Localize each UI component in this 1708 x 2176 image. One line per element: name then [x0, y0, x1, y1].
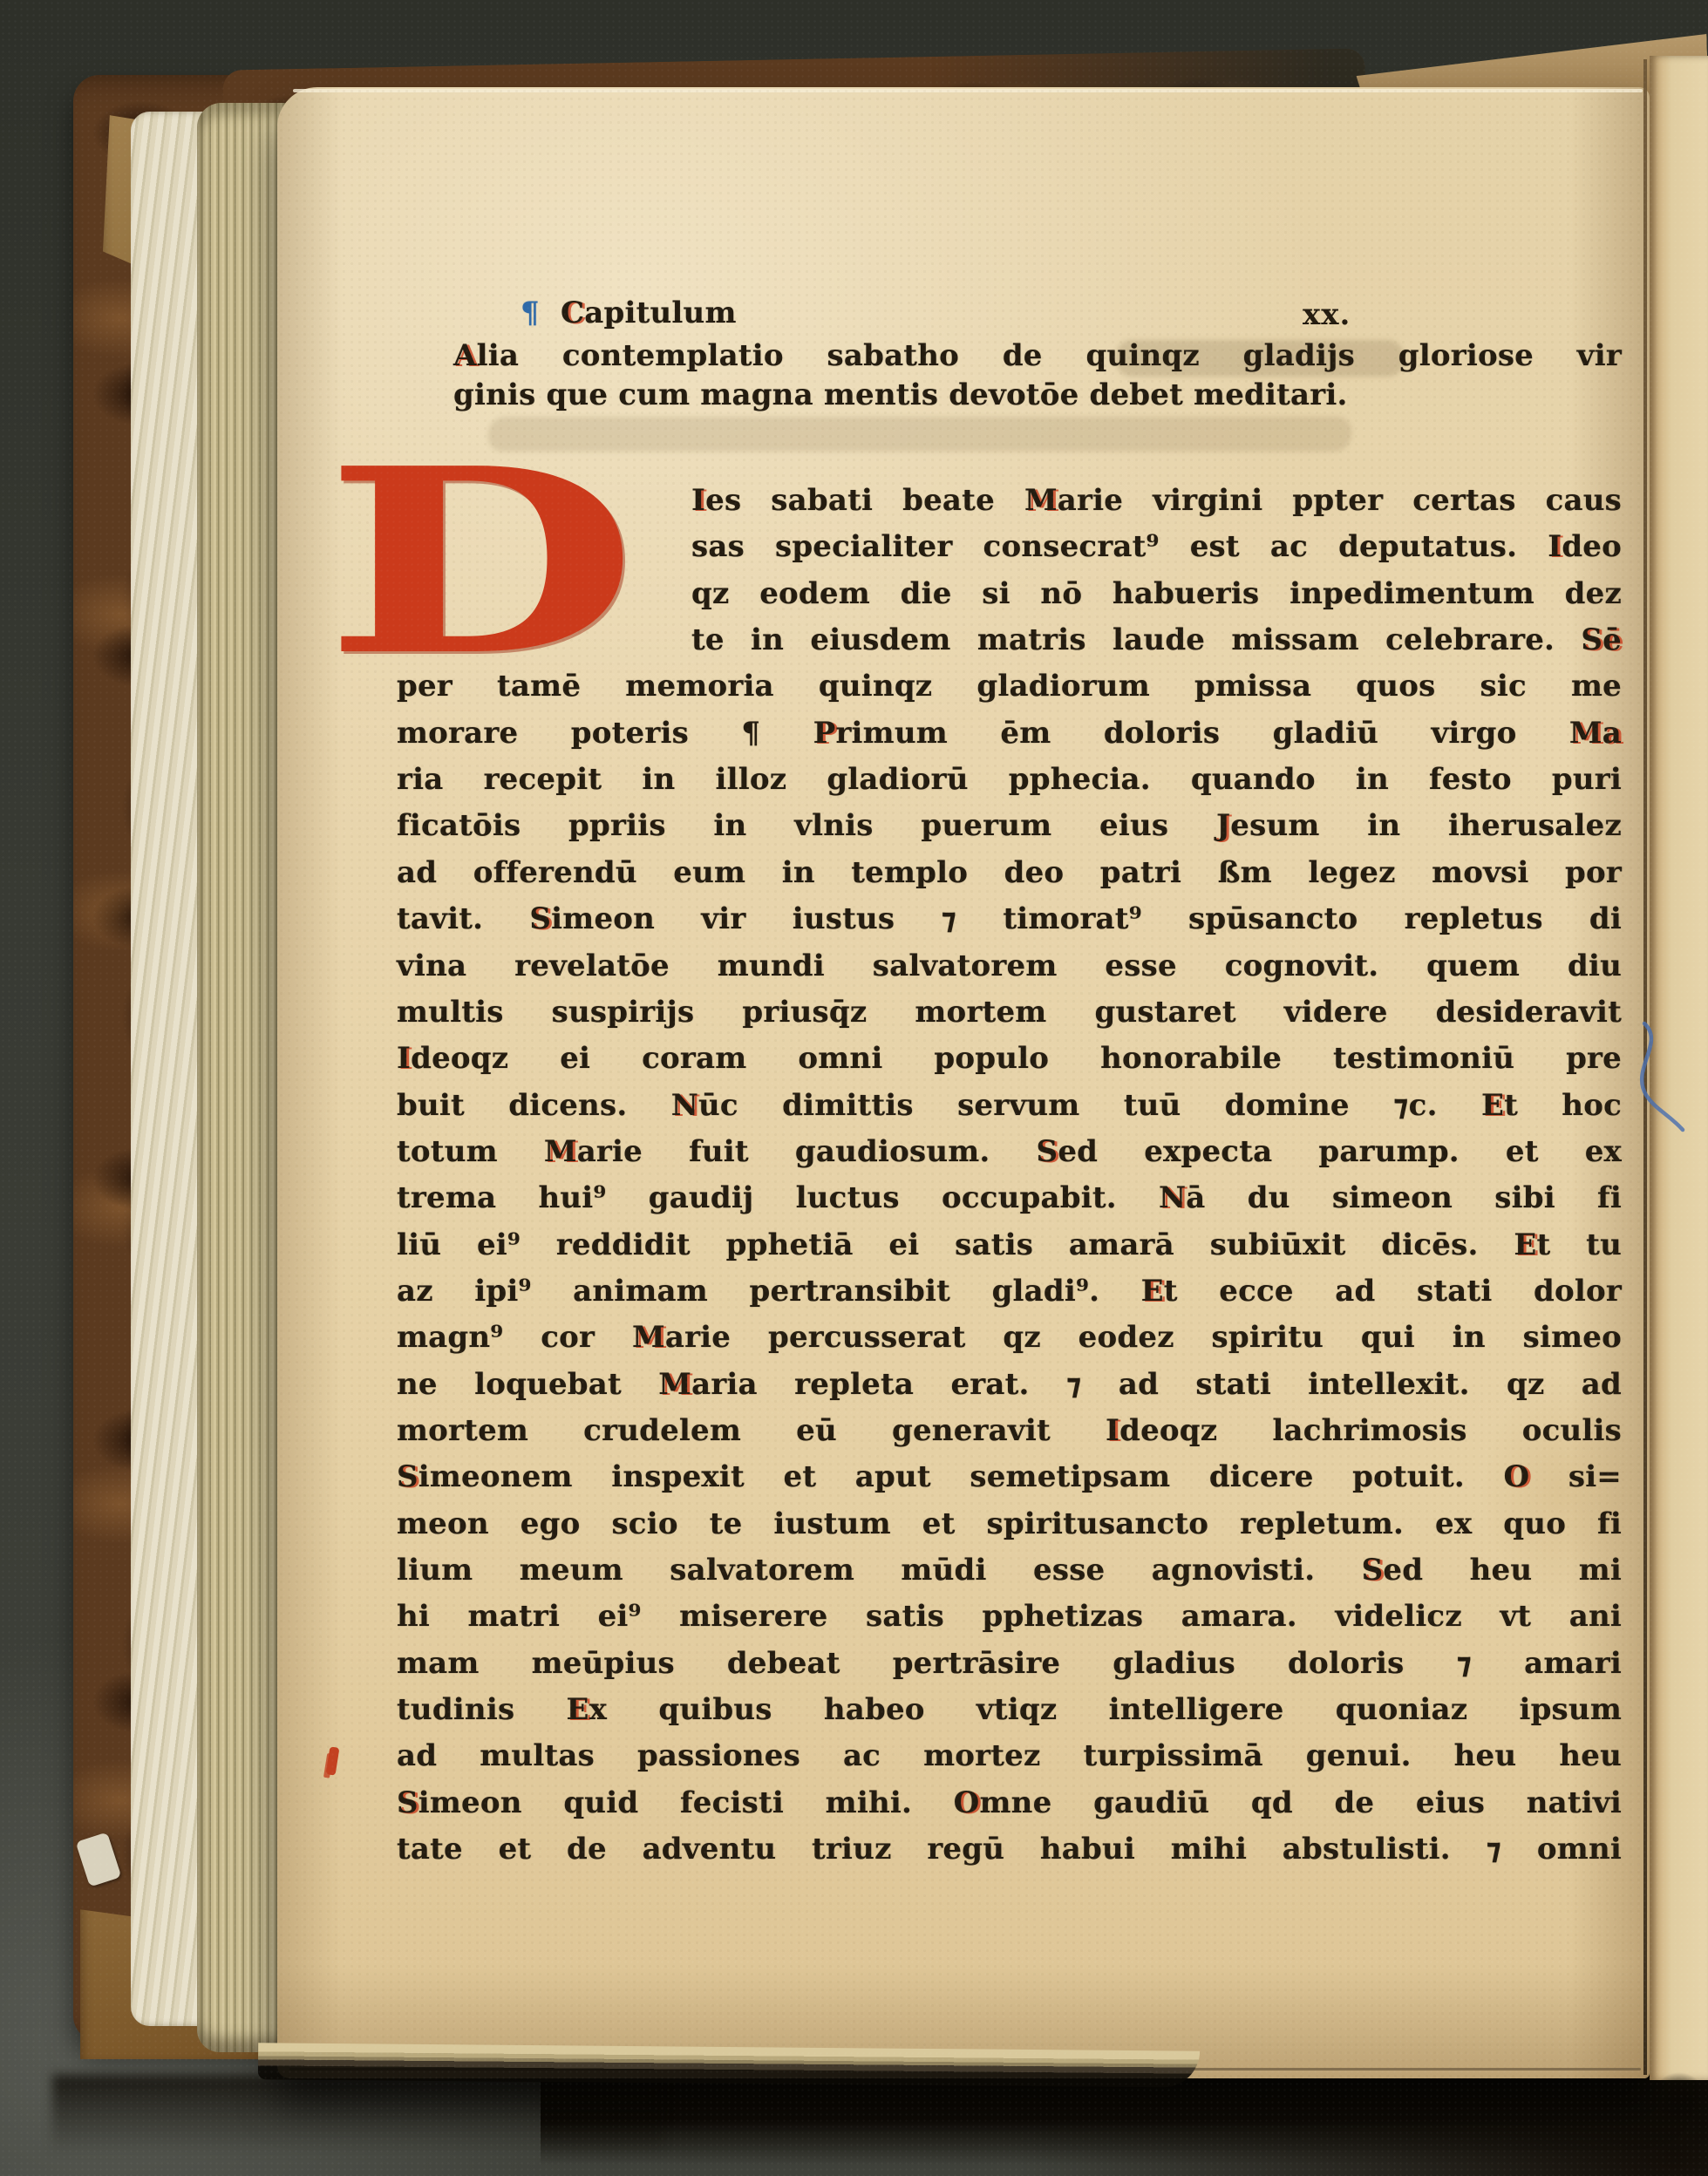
body-text-line: liū ei⁹ reddidit pphetiā ei satis amarā … — [397, 1226, 1622, 1264]
body-text-line: vina revelatōe mundi salvatorem esse cog… — [397, 947, 1622, 985]
text-segment: ginis que cum magna mentis devotōe debet… — [453, 377, 1348, 412]
rubricated-capital: M — [658, 1367, 691, 1402]
body-text-line: ne loquebat Maria repleta erat. ⁊ ad sta… — [397, 1365, 1622, 1404]
text-segment: ne loquebat — [397, 1367, 658, 1402]
rubricated-capital: C — [561, 296, 584, 330]
rubricated-capital: A — [453, 338, 477, 373]
text-segment: qz eodem die si nō habueris inpedimentum… — [691, 576, 1622, 611]
chapter-title: Capitulum — [561, 294, 840, 332]
text-segment: mne gaudiū qd de eius nativi — [980, 1785, 1623, 1820]
rubricated-capital: N — [1159, 1180, 1186, 1215]
body-text-line: ad multas passiones ac mortez turpissimā… — [397, 1737, 1622, 1775]
body-text-line: totum Marie fuit gaudiosum. Sed expecta … — [397, 1132, 1622, 1171]
body-text-line: sas specialiter consecrat⁹ est ac deputa… — [691, 527, 1622, 566]
body-text-line: Simeon quid fecisti mihi. Omne gaudiū qd… — [397, 1784, 1622, 1822]
text-segment: imeonem inspexit et aput semetipsam dice… — [418, 1459, 1504, 1494]
text-segment: tate et de adventu triuz regū habui mihi… — [397, 1832, 1622, 1867]
text-segment: ad multas passiones ac mortez turpissimā… — [397, 1738, 1622, 1773]
rubricated-capital: E — [1141, 1274, 1164, 1309]
body-text-line: Simeonem inspexit et aput semetipsam dic… — [397, 1458, 1622, 1496]
text-segment: ad offerendū eum in templo deo patri ßm … — [397, 855, 1622, 890]
body-text-line: tate et de adventu triuz regū habui mihi… — [397, 1830, 1622, 1868]
facing-page-shadow — [1611, 1991, 1708, 2122]
text-segment: rimum ēm doloris gladiū virgo — [835, 716, 1569, 751]
photo-backdrop: ¶Capitulumxx.Alia contemplatio sabatho d… — [0, 0, 1708, 2176]
rubricated-capital: I — [1548, 529, 1562, 564]
text-segment: tudinis — [397, 1692, 567, 1727]
body-text-line: magn⁹ cor Marie percusserat qz eodez spi… — [397, 1318, 1622, 1357]
text-segment: morare poteris ¶ — [397, 716, 813, 751]
body-text-line: lium meum salvatorem mūdi esse agnovisti… — [397, 1551, 1622, 1589]
text-segment: magn⁹ cor — [397, 1320, 632, 1355]
rubricated-capital: E — [1481, 1088, 1504, 1123]
rubricated-capital: J — [1216, 808, 1230, 843]
text-segment: ed expecta parump. et ex — [1058, 1134, 1622, 1169]
body-text-line: tudinis Ex quibus habeo vtiqz intelliger… — [397, 1690, 1622, 1729]
text-segment: az ipi⁹ animam pertransibit gladi⁹. — [397, 1274, 1141, 1309]
text-segment: aria repleta erat. ⁊ ad stati intellexit… — [691, 1367, 1622, 1402]
summary-line: Alia contemplatio sabatho de quinqz glad… — [453, 337, 1622, 375]
text-segment: arie virgini ppter certas caus — [1058, 483, 1622, 518]
text-segment: ficatōis ppriis in vlnis puerum eius — [397, 808, 1216, 843]
book-bottom-shadow-soft — [52, 2075, 663, 2153]
text-segment: trema hui⁹ gaudij luctus occupabit. — [397, 1180, 1159, 1215]
text-segment: buit dicens. — [397, 1088, 671, 1123]
summary-line: ginis que cum magna mentis devotōe debet… — [453, 376, 1622, 414]
body-text-line: ria recepit in illoz gladiorū pphecia. q… — [397, 760, 1622, 799]
body-text-line: trema hui⁹ gaudij luctus occupabit. Nā d… — [397, 1179, 1622, 1217]
chapter-number: xx. — [1303, 297, 1351, 332]
text-segment: esum in iherusalez — [1230, 808, 1622, 843]
body-text-line: morare poteris ¶ Primum ēm doloris gladi… — [397, 714, 1622, 752]
rubricated-capital: M — [544, 1134, 577, 1169]
text-segment: ā du simeon sibi fi — [1186, 1180, 1622, 1215]
text-segment: imeon quid fecisti mihi. — [418, 1785, 954, 1820]
blue-pen-squiggle — [1623, 1018, 1698, 1137]
text-segment: mortem crudelem eū generavit — [397, 1413, 1106, 1448]
text-segment: liū ei⁹ reddidit pphetiā ei satis amarā … — [397, 1227, 1514, 1262]
text-segment: tavit. — [397, 901, 529, 936]
text-segment: ūc dimittis servum tuū domine ⁊c. — [698, 1088, 1481, 1123]
text-segment: x quibus habeo vtiqz intelligere quoniaz… — [589, 1692, 1622, 1727]
text-segment: meon ego scio te iustum et spiritusancto… — [397, 1506, 1622, 1541]
rubricated-capital: M — [632, 1320, 665, 1355]
body-text-line: ad offerendū eum in templo deo patri ßm … — [397, 853, 1622, 892]
rubricated-capital: S — [397, 1785, 418, 1820]
rubricated-capital: I — [1106, 1413, 1119, 1448]
rubricated-capital: S — [529, 901, 551, 936]
body-text-line: mam meūpius debeat pertrāsire gladius do… — [397, 1644, 1622, 1683]
text-segment: si= — [1529, 1459, 1622, 1494]
text-segment: imeon vir iustus ⁊ timorat⁹ spūsancto re… — [551, 901, 1622, 936]
text-segment: deo — [1562, 529, 1622, 564]
rubricated-capital: Sē — [1581, 622, 1622, 657]
text-segment: t ecce ad stati dolor — [1164, 1274, 1622, 1309]
rubricated-capital: M — [1024, 483, 1058, 518]
body-text-line: te in eiusdem matris laude missam celebr… — [691, 621, 1622, 659]
body-text-line: buit dicens. Nūc dimittis servum tuū dom… — [397, 1086, 1622, 1125]
body-text-line: Ideoqz ei coram omni populo honorabile t… — [397, 1039, 1622, 1078]
text-segment: arie fuit gaudiosum. — [577, 1134, 1037, 1169]
rubricated-capital: Ma — [1569, 716, 1622, 751]
rubricated-capital: S — [1362, 1553, 1384, 1588]
rubricated-capital: E — [1514, 1227, 1536, 1262]
body-text-line: ficatōis ppriis in vlnis puerum eius Jes… — [397, 806, 1622, 845]
text-segment: sas specialiter consecrat⁹ est ac deputa… — [691, 529, 1548, 564]
text-segment: ed heu mi — [1383, 1553, 1622, 1588]
chapter-pilcrow: ¶ — [521, 294, 555, 332]
text-segment: vina revelatōe mundi salvatorem esse cog… — [397, 949, 1622, 983]
text-segment: te in eiusdem matris laude missam celebr… — [691, 622, 1581, 657]
text-segment: arie percusserat qz eodez spiritu qui in… — [665, 1320, 1622, 1355]
text-segment: apitulum — [584, 296, 736, 330]
text-segment: ¶ — [521, 296, 540, 330]
lombard-initial-D: D — [324, 453, 820, 671]
text-segment: lia contemplatio sabatho de quinqz gladi… — [477, 338, 1622, 373]
rubricated-capital: O — [954, 1785, 980, 1820]
text-segment: mam meūpius debeat pertrāsire gladius do… — [397, 1646, 1622, 1681]
body-text-line: mortem crudelem eū generavit Ideoqz lach… — [397, 1411, 1622, 1450]
text-segment: t tu — [1536, 1227, 1622, 1262]
text-segment: hi matri ei⁹ miserere satis pphetizas am… — [397, 1599, 1622, 1634]
text-segment: multis suspirijs priusq̄z mortem gustare… — [397, 995, 1622, 1030]
text-segment: ria recepit in illoz gladiorū pphecia. q… — [397, 762, 1622, 797]
rubricated-capital: I — [397, 1041, 411, 1076]
rubricated-capital: P — [813, 716, 836, 751]
body-text-line: qz eodem die si nō habueris inpedimentum… — [691, 575, 1622, 613]
body-text-line: meon ego scio te iustum et spiritusancto… — [397, 1505, 1622, 1543]
rubricated-capital: E — [567, 1692, 589, 1727]
body-text-line: az ipi⁹ animam pertransibit gladi⁹. Et e… — [397, 1272, 1622, 1310]
text-segment: lium meum salvatorem mūdi esse agnovisti… — [397, 1553, 1362, 1588]
text-segment: deoqz ei coram omni populo honorabile te… — [411, 1041, 1622, 1076]
rubricated-capital: S — [397, 1459, 418, 1494]
text-segment: t hoc — [1504, 1088, 1622, 1123]
rubricated-capital: S — [1037, 1134, 1058, 1169]
body-text-line: tavit. Simeon vir iustus ⁊ timorat⁹ spūs… — [397, 900, 1622, 938]
text-segment: totum — [397, 1134, 544, 1169]
rubricated-capital: N — [671, 1088, 698, 1123]
rubricated-capital: O — [1503, 1459, 1529, 1494]
body-text-line: hi matri ei⁹ miserere satis pphetizas am… — [397, 1597, 1622, 1635]
body-text-line: multis suspirijs priusq̄z mortem gustare… — [397, 993, 1622, 1031]
body-text-line: Ies sabati beate Marie virgini ppter cer… — [691, 481, 1622, 520]
text-segment: deoqz lachrimosis oculis — [1119, 1413, 1622, 1448]
